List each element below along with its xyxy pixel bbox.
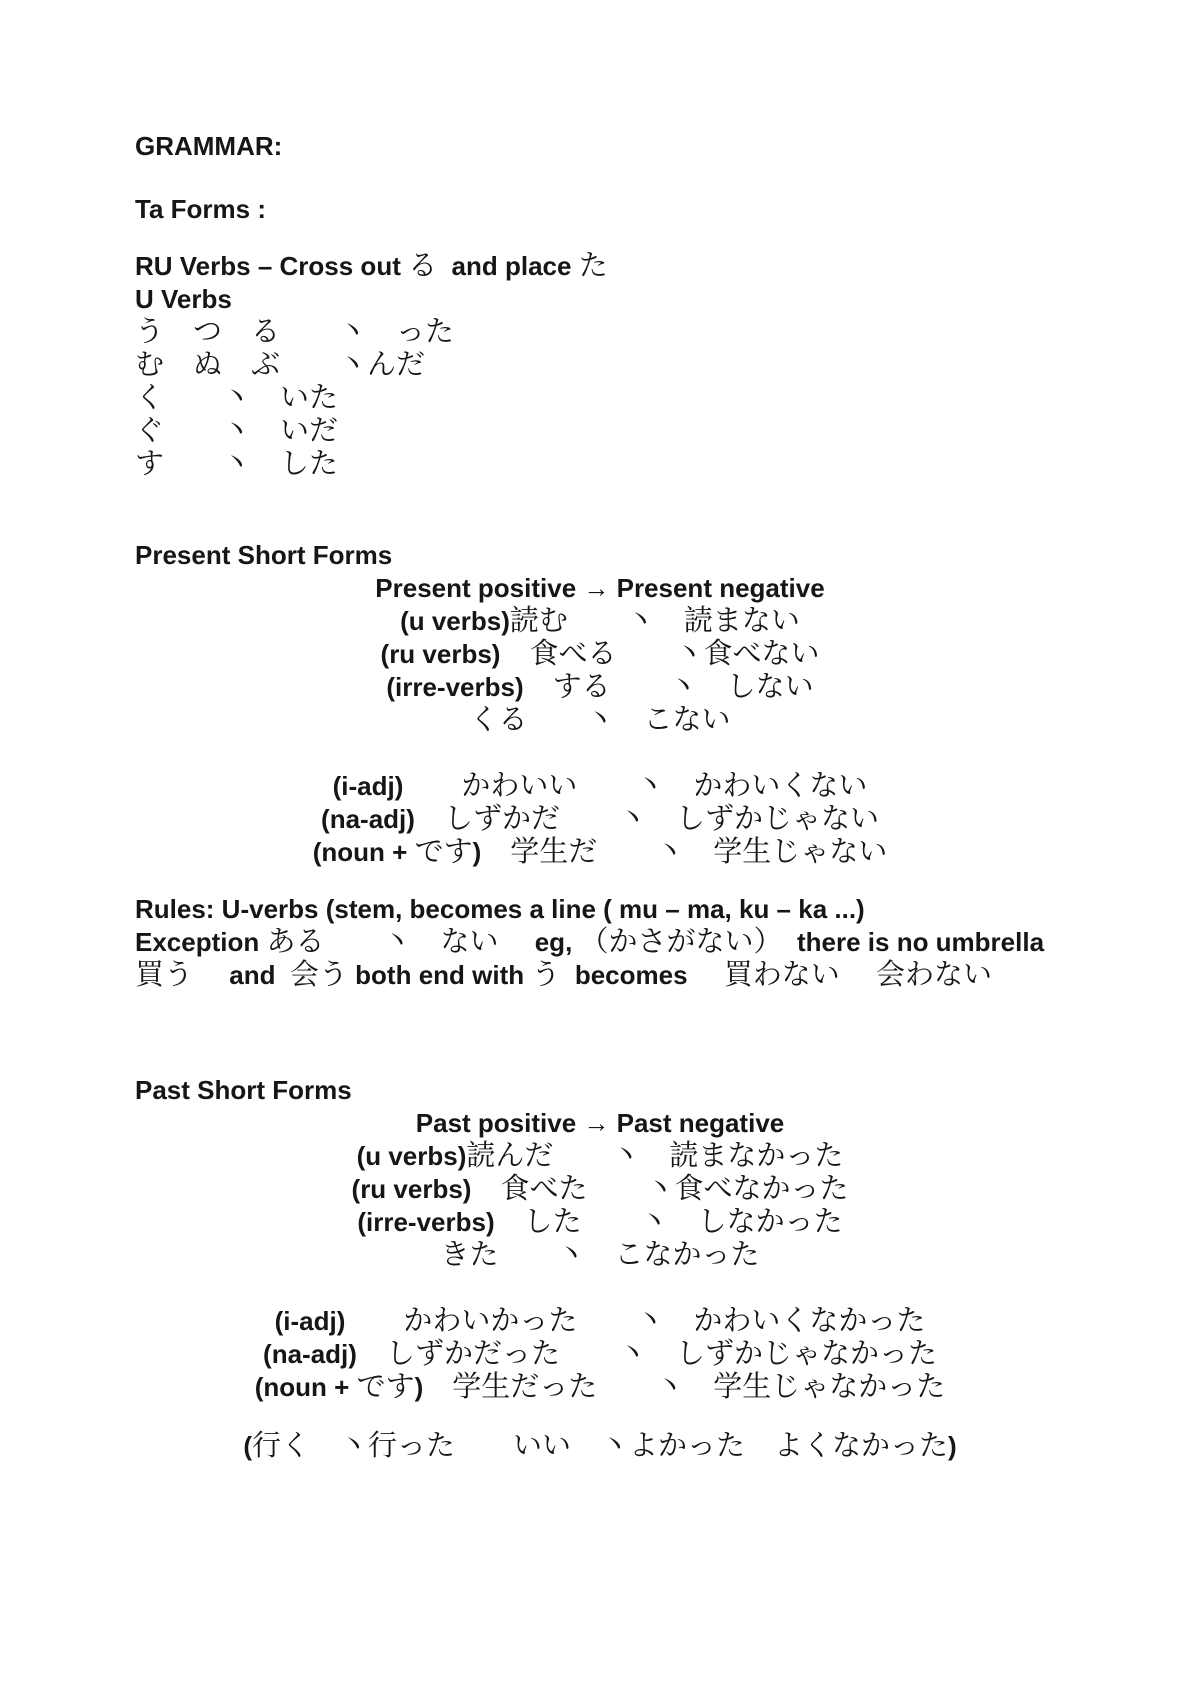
u-verb-row: う つ る 丶 った	[135, 316, 1065, 349]
past-adj-line: (noun + です) 学生だった 丶 学生じゃなかった	[135, 1371, 1065, 1404]
present-adj-line: (i-adj) かわいい 丶 かわいくない	[135, 770, 1065, 803]
u-verb-row: す 丶 した	[135, 448, 1065, 481]
present-section-title: Present Short Forms	[135, 539, 1065, 572]
present-adj-line: (noun + です) 学生だ 丶 学生じゃない	[135, 836, 1065, 869]
exception-line: Exception ある 丶 ない eg, （かさがない） there is n…	[135, 926, 1065, 959]
present-verb-line: (u verbs)読む 丶 読まない	[135, 605, 1065, 638]
past-adj-line: (na-adj) しずかだった 丶 しずかじゃなかった	[135, 1338, 1065, 1371]
present-verb-line: (ru verbs) 食べる 丶食べない	[135, 638, 1065, 671]
u-ending-line: 買う and 会う both end with う becomes 買わない 会…	[135, 959, 1065, 992]
present-adj-line: (na-adj) しずかだ 丶 しずかじゃない	[135, 803, 1065, 836]
document-page: GRAMMAR: Ta Forms : RU Verbs – Cross out…	[0, 0, 1200, 1698]
rules-line: Rules: U-verbs (stem, becomes a line ( m…	[135, 893, 1065, 926]
u-verb-row: む ぬ ぶ 丶んだ	[135, 349, 1065, 382]
ru-verbs-rule: RU Verbs – Cross out る and place た	[135, 250, 1065, 283]
past-column-header: Past positive → Past negative	[135, 1107, 1065, 1140]
past-verb-line: (u verbs)読んだ 丶 読まなかった	[135, 1140, 1065, 1173]
past-verb-line: (irre-verbs) した 丶 しなかった	[135, 1206, 1065, 1239]
u-verb-row: く 丶 いた	[135, 382, 1065, 415]
past-verb-line: きた 丶 こなかった	[135, 1239, 1065, 1272]
doc-heading: GRAMMAR:	[135, 130, 1065, 163]
past-verb-line: (ru verbs) 食べた 丶食べなかった	[135, 1173, 1065, 1206]
past-section-title: Past Short Forms	[135, 1074, 1065, 1107]
ta-forms-title: Ta Forms :	[135, 193, 1065, 226]
present-column-header: Present positive → Present negative	[135, 572, 1065, 605]
past-adj-line: (i-adj) かわいかった 丶 かわいくなかった	[135, 1305, 1065, 1338]
iku-ii-note-line: (行く 丶行った いい 丶よかった よくなかった)	[135, 1430, 1065, 1463]
u-verbs-title: U Verbs	[135, 283, 1065, 316]
present-verb-line: くる 丶 こない	[135, 704, 1065, 737]
present-verb-line: (irre-verbs) する 丶 しない	[135, 671, 1065, 704]
u-verb-row: ぐ 丶 いだ	[135, 415, 1065, 448]
